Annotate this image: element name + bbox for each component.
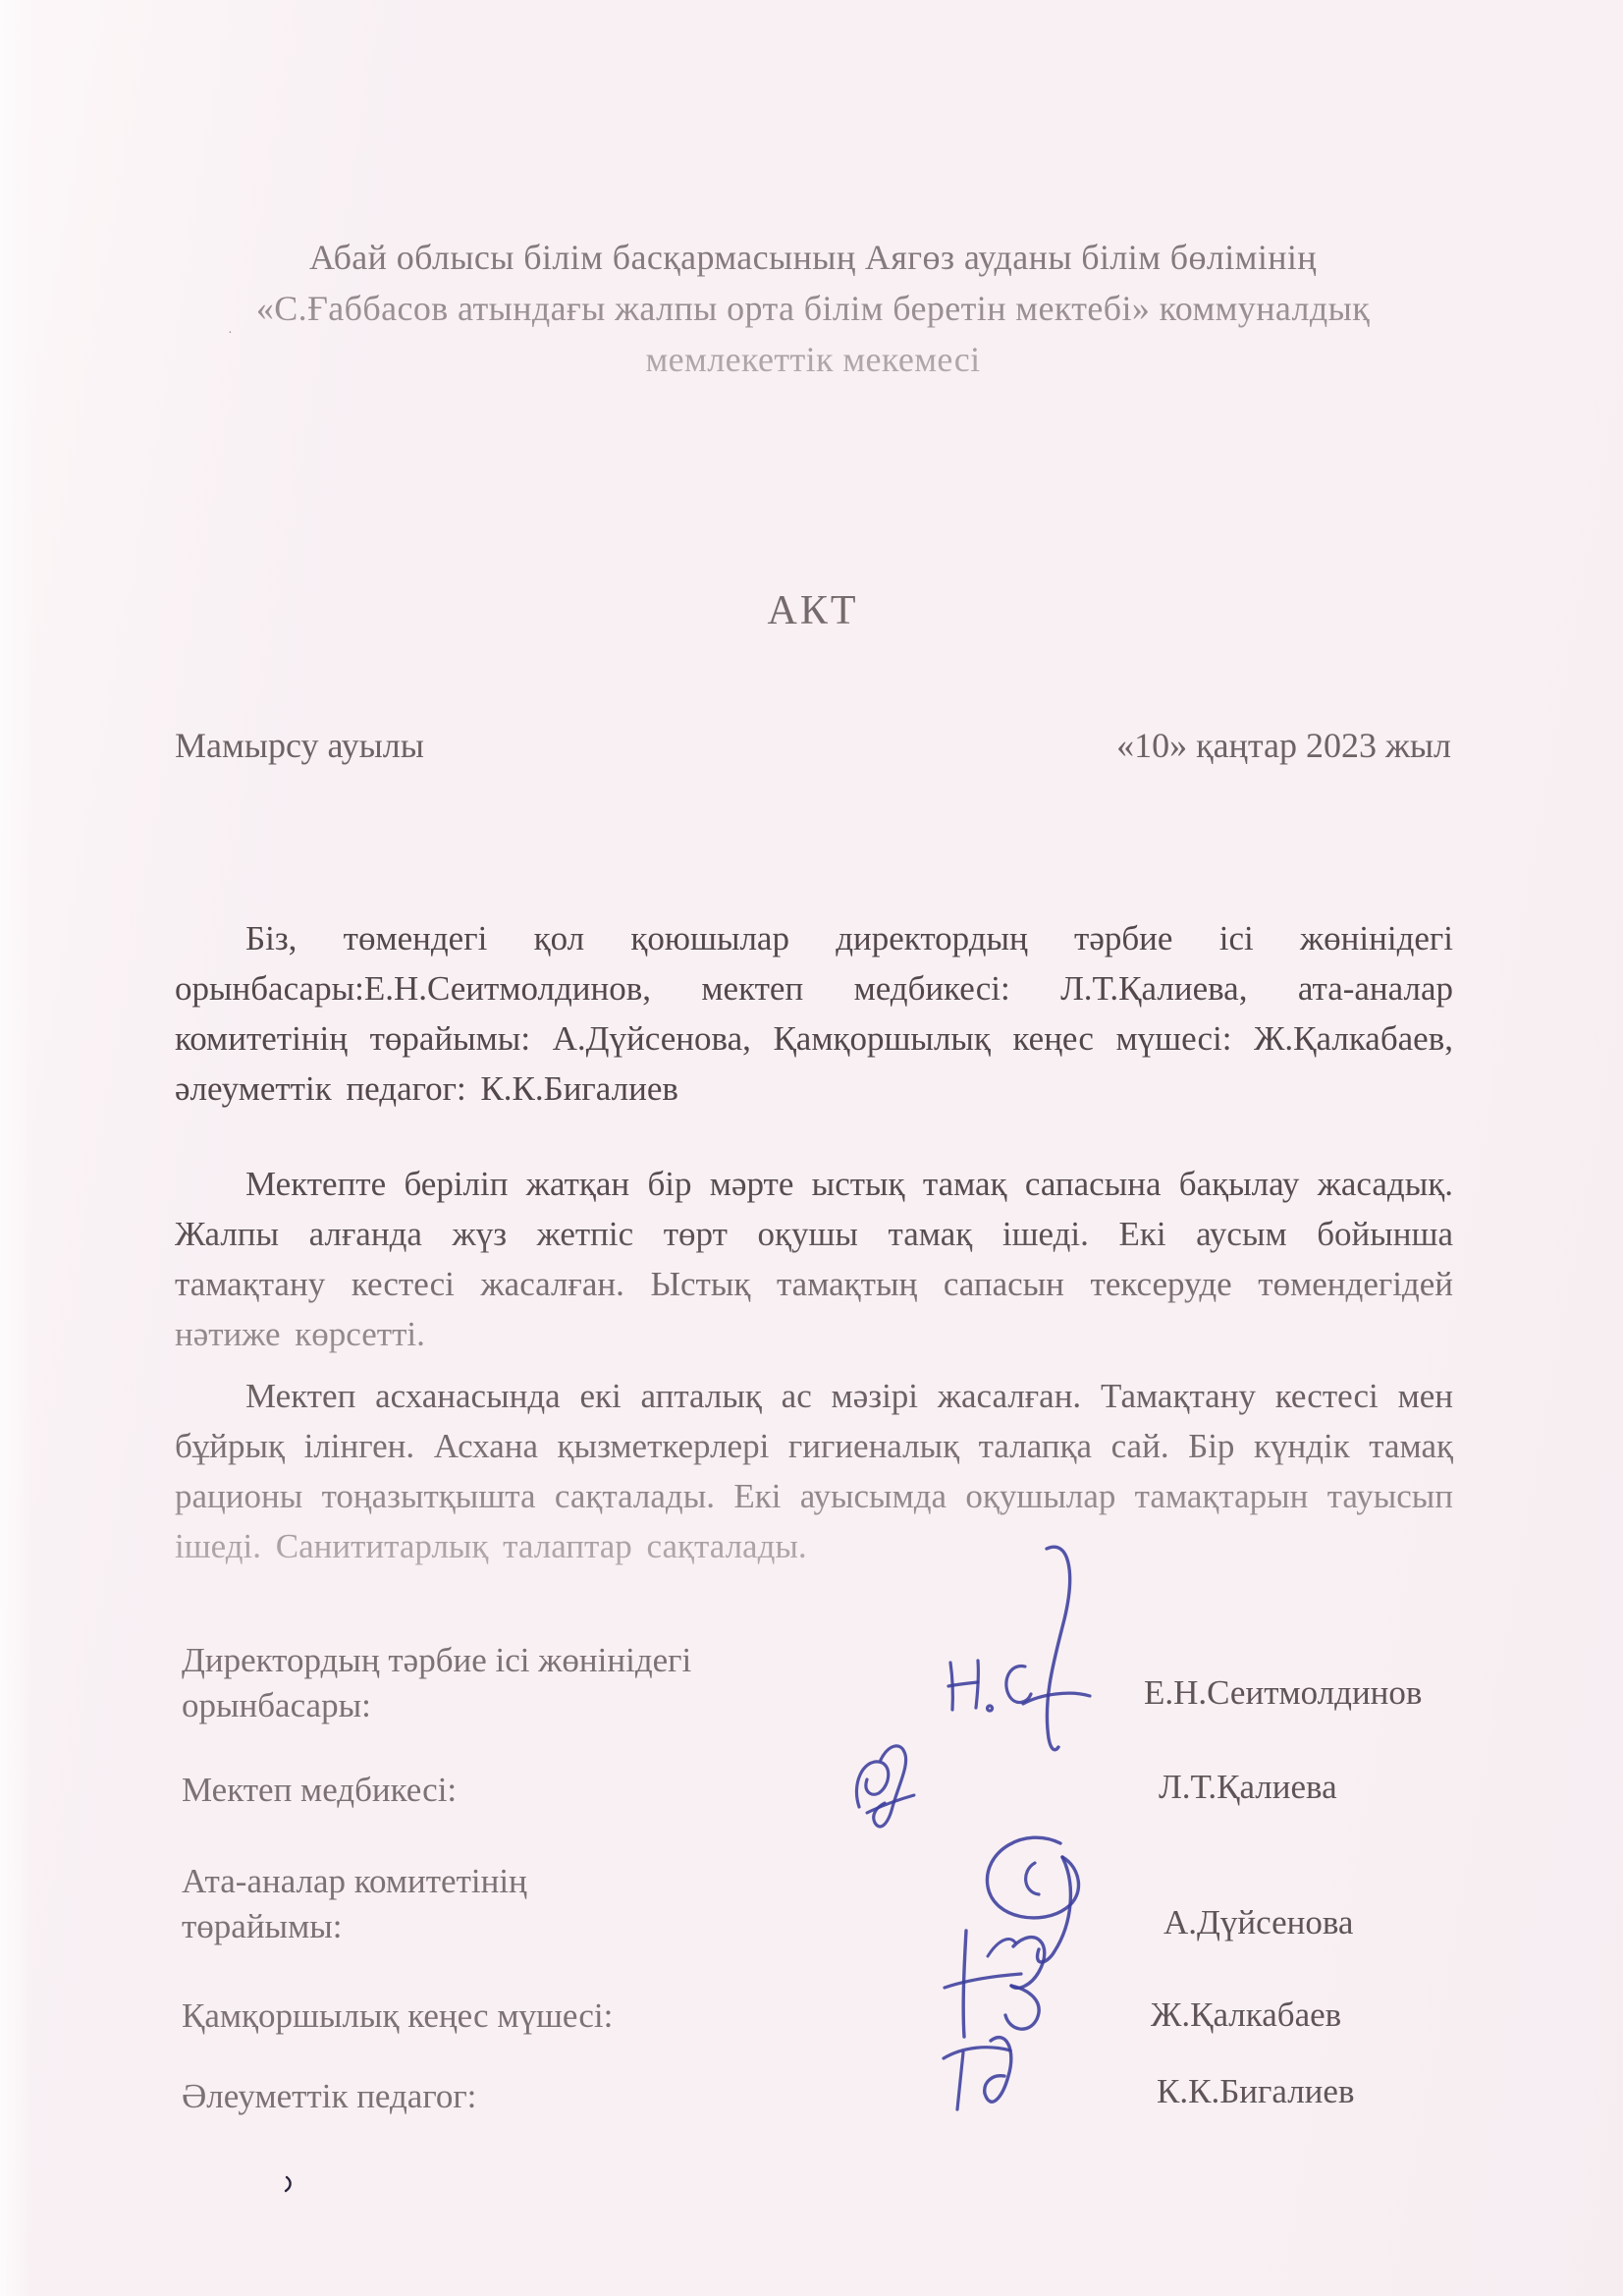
organization-header: Абай облысы білім басқармасының Аягөз ау… <box>175 232 1451 385</box>
signature-ink-bigaliyev <box>928 2019 1041 2127</box>
ink-speck: · <box>228 326 233 342</box>
signer-name: К.К.Бигалиев <box>1157 2072 1354 2111</box>
document-title: АКТ <box>175 587 1451 634</box>
signature-role-label: Мектеп медбикесі: <box>182 1768 869 1813</box>
place-date-row: Мамырсу ауылы «10» қаңтар 2023 жыл <box>175 725 1451 766</box>
signature-ink-seitmoldinov <box>921 1537 1117 1763</box>
date-label: «10» қаңтар 2023 жыл <box>1116 725 1451 766</box>
ink-speck-mark <box>283 2174 295 2194</box>
organization-header-line: «С.Ғаббасов атындағы жалпы орта білім бе… <box>175 283 1451 334</box>
ink-speck <box>283 2174 295 2200</box>
signature-role-label: Директордың тәрбие ісі жөнінідегі орынба… <box>182 1638 810 1728</box>
document-body: Біз, төмендегі қол қоюшылар директордың … <box>175 913 1453 1571</box>
signature-ink-kalieva <box>839 1734 947 1842</box>
organization-header-line: мемлекеттік мекемесі <box>175 334 1451 385</box>
paragraph: Біз, төмендегі қол қоюшылар директордың … <box>175 913 1453 1114</box>
signer-name: А.Дүйсенова <box>1163 1903 1353 1942</box>
signature-role-label: Әлеуметтік педагог: <box>182 2074 869 2119</box>
scanned-document-page: Абай облысы білім басқармасының Аягөз ау… <box>0 0 1623 2296</box>
organization-header-line: Абай облысы білім басқармасының Аягөз ау… <box>175 232 1451 283</box>
signer-name: Е.Н.Сеитмолдинов <box>1144 1673 1422 1713</box>
signer-name: Л.Т.Қалиева <box>1159 1768 1337 1807</box>
signature-role-label: Қамқоршылық кеңес мүшесі: <box>182 1994 869 2039</box>
signer-name: Ж.Қалкабаев <box>1151 1995 1341 2035</box>
paragraph: Мектепте беріліп жатқан бір мәрте ыстық … <box>175 1159 1453 1359</box>
signature-role-label: Ата-аналар комитетінің төрайымы: <box>182 1859 633 1949</box>
paragraph: Мектеп асханасында екі апталық ас мәзірі… <box>175 1371 1453 1571</box>
place-label: Мамырсу ауылы <box>175 725 424 766</box>
